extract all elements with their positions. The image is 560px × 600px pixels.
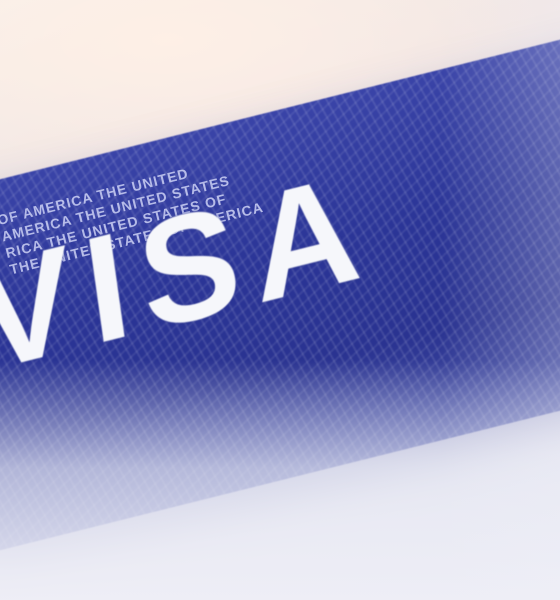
right-fade <box>440 0 560 600</box>
visa-photo: OF AMERICA THE UNITED AMERICA THE UNITED… <box>0 0 560 600</box>
